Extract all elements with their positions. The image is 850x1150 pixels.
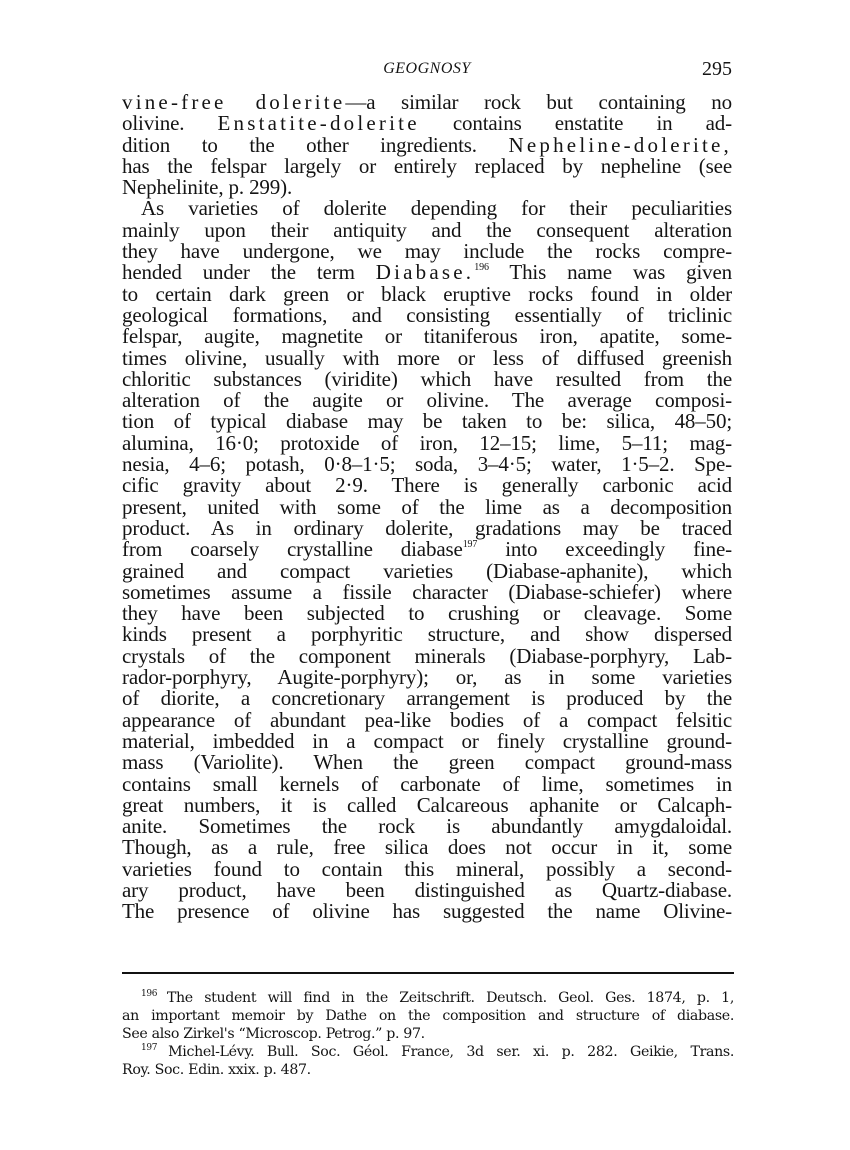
footnotes: 196 The student will find in the Zeitsch… [122,989,734,1079]
text-line: present, united with some of the lime as… [122,497,732,518]
footnote-reference: 196 [474,262,489,273]
footnote-reference: 197 [463,539,478,550]
text-line: appearance of abundant pea-like bodies o… [122,710,732,731]
footnote-line: an important memoir by Dathe on the comp… [122,1007,734,1025]
text-line: material, imbedded in a compact or finel… [122,731,732,752]
text-line: dition to the other ingredients. Nepheli… [122,135,732,156]
footnote-number: 196 [141,989,167,999]
text-line: great numbers, it is called Calcareous a… [122,795,732,816]
text-line: they have undergone, we may include the … [122,241,732,262]
footnote-text: Michel-Lévy. Bull. Soc. Géol. France, 3d… [168,1044,734,1060]
text-line: sometimes assume a fissile character (Di… [122,582,732,603]
text-line: olivine. Enstatite-dolerite contains ens… [122,113,732,134]
page-number: 295 [702,58,732,81]
running-title: GEOGNOSY [122,60,732,78]
footnote-text: an important memoir by Dathe on the comp… [122,1008,734,1024]
footnote-line: See also Zirkel's “Microscop. Petrog.” p… [122,1025,734,1043]
text-line: contains small kernels of carbonate of l… [122,774,732,795]
text-line: to certain dark green or black eruptive … [122,284,732,305]
text-line: felspar, augite, magnetite or titanifero… [122,326,732,347]
text-line: varieties found to contain this mineral,… [122,859,732,880]
text-line: crystals of the component minerals (Diab… [122,646,732,667]
footnote-line: 197 Michel-Lévy. Bull. Soc. Géol. France… [122,1043,734,1061]
text-line: mass (Variolite). When the green compact… [122,752,732,773]
footnote-line: Roy. Soc. Edin. xxix. p. 487. [122,1061,734,1079]
body-text: vine-free dolerite—a similar rock but co… [122,92,732,923]
text-line: geological formations, and consisting es… [122,305,732,326]
book-page: GEOGNOSY 295 vine-free dolerite—a simila… [0,0,850,1150]
footnote-line: 196 The student will find in the Zeitsch… [122,989,734,1007]
text-line: cific gravity about 2·9. There is genera… [122,475,732,496]
text-line: rador-porphyry, Augite-porphyry); or, as… [122,667,732,688]
footnote-text: The student will find in the Zeitschrift… [167,990,734,1006]
text-line: nesia, 4–6; potash, 0·8–1·5; soda, 3–4·5… [122,454,732,475]
text-line: product. As in ordinary dolerite, gradat… [122,518,732,539]
text-line: vine-free dolerite—a similar rock but co… [122,92,732,113]
text-line: times olivine, usually with more or less… [122,348,732,369]
footnote-text: Roy. Soc. Edin. xxix. p. 487. [122,1062,311,1078]
text-line: mainly upon their antiquity and the cons… [122,220,732,241]
text-run: The presence of olivine has suggested th… [122,899,732,923]
footnote-number: 197 [141,1043,168,1053]
footnote-divider [122,972,734,974]
text-line: alteration of the augite or olivine. The… [122,390,732,411]
text-line: The presence of olivine has suggested th… [122,901,732,922]
text-line: of diorite, a concretionary arrangement … [122,688,732,709]
footnote-text: See also Zirkel's “Microscop. Petrog.” p… [122,1026,425,1042]
text-line: chloritic substances (viridite) which ha… [122,369,732,390]
text-line: kinds present a porphyritic structure, a… [122,624,732,645]
text-line: grained and compact varieties (Diabase-a… [122,561,732,582]
text-line: Though, as a rule, free silica does not … [122,837,732,858]
text-line: anite. Sometimes the rock is abundantly … [122,816,732,837]
text-line: tion of typical diabase may be taken to … [122,411,732,432]
text-line: As varieties of dolerite depending for t… [122,198,732,219]
running-head: GEOGNOSY 295 [122,60,732,84]
text-line: has the felspar largely or entirely repl… [122,156,732,177]
text-line: alumina, 16·0; protoxide of iron, 12–15;… [122,433,732,454]
text-line: Nephelinite, p. 299). [122,177,732,198]
text-line: they have been subjected to crushing or … [122,603,732,624]
text-line: ary product, have been distinguished as … [122,880,732,901]
text-line: hended under the term Diabase.196 This n… [122,262,732,283]
text-line: from coarsely crystalline diabase197 int… [122,539,732,560]
